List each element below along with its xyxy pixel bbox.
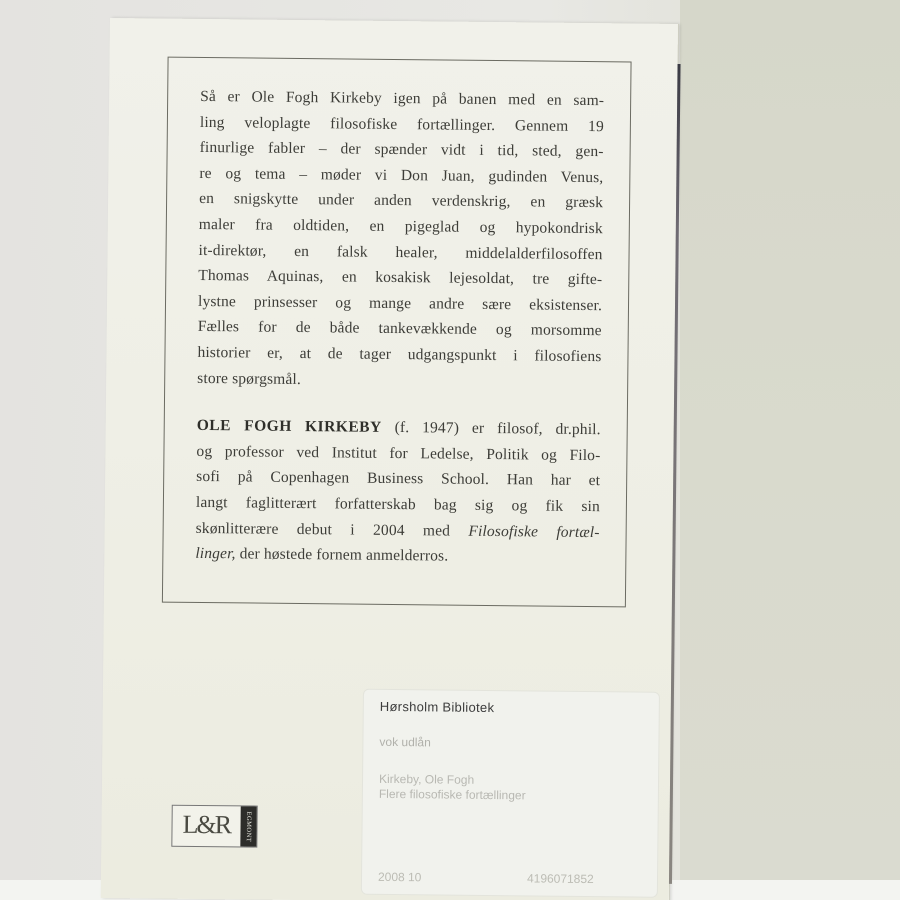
loan-status: vok udlån [379, 735, 431, 750]
book-back-cover: Så er Ole Fogh Kirkeby igen på banen med… [101, 18, 678, 900]
bio-line: langt faglitterært forfatterskab bag sig… [196, 490, 600, 520]
label-barcode-number: 4196071852 [527, 871, 594, 886]
publisher-logo-mark: L&R [182, 810, 230, 840]
bio-text: skønlitterære debut i 2004 med [196, 519, 469, 539]
bio-text: der høstede fornem anmelderros. [236, 545, 449, 564]
description-paragraph: Så er Ole Fogh Kirkeby igen på banen med… [197, 84, 604, 395]
table-surface [680, 0, 900, 900]
blurb-line: store spørgsmål. [197, 365, 601, 395]
blurb-line: historier er, at de tager udgangspunkt i… [197, 340, 601, 370]
label-date: 2008 10 [378, 870, 422, 884]
library-name: Hørsholm Bibliotek [380, 699, 495, 715]
blurb-line: finurlige fabler – der spænder vidt i ti… [200, 135, 604, 165]
blurb-text: Så er Ole Fogh Kirkeby igen på banen med… [195, 84, 604, 571]
blurb-line: Så er Ole Fogh Kirkeby igen på banen med… [200, 84, 604, 114]
bio-line: linger, der høstede fornem anmelderros. [195, 541, 599, 571]
blurb-line: Thomas Aquinas, en kosakisk lejesoldat, … [198, 263, 602, 293]
blurb-line: maler fra oldtiden, en pigeglad og hypok… [199, 212, 603, 242]
blurb-frame: Så er Ole Fogh Kirkeby igen på banen med… [162, 57, 632, 608]
bio-text: (f. 1947) er filosof, dr.phil. [382, 419, 601, 438]
label-book-title: Flere filosofiske fortællinger [379, 787, 526, 803]
library-label: Hørsholm Bibliotek vok udlån Kirkeby, Ol… [361, 689, 660, 898]
bio-line: OLE FOGH KIRKEBY (f. 1947) er filosof, d… [197, 413, 601, 443]
book-spine-edge [669, 64, 681, 884]
label-author: Kirkeby, Ole Fogh [379, 772, 474, 787]
book-title-italic: linger, [195, 545, 235, 562]
egmont-band: EGMONT [240, 806, 256, 846]
book-title-italic: Filosofiske fortæl- [468, 522, 599, 540]
publisher-logo: L&R EGMONT [171, 805, 257, 848]
author-name: OLE FOGH KIRKEBY [197, 417, 382, 436]
author-bio-paragraph: OLE FOGH KIRKEBY (f. 1947) er filosof, d… [195, 413, 601, 571]
